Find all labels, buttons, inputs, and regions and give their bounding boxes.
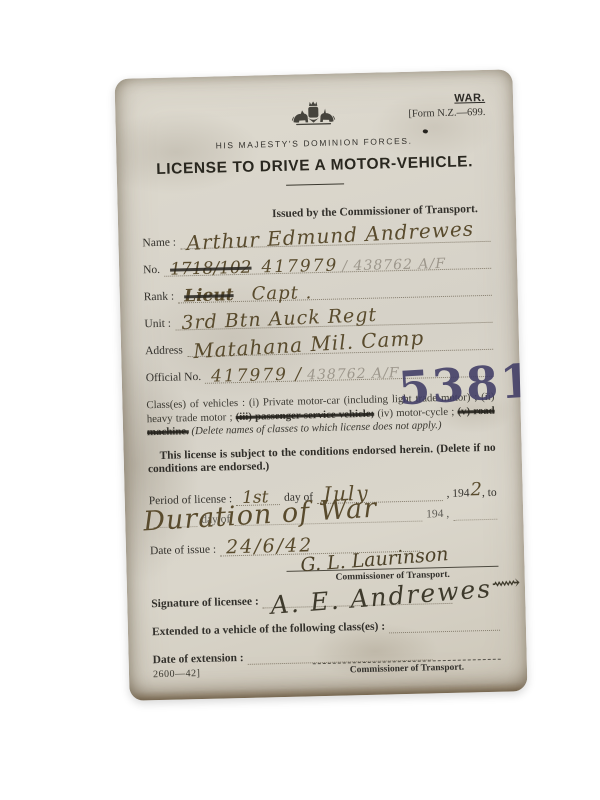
duration-year-text: 194 , xyxy=(426,508,449,521)
name-row: Name : Arthur Edmund Andrewes xyxy=(142,228,490,250)
address-row: Address Matahana Mil. Camp xyxy=(145,336,493,358)
extended-row: Extended to a vehicle of the following c… xyxy=(152,616,500,638)
official-number-pencil-annotation: 438762 A/F xyxy=(307,365,400,383)
name-handwriting: Arthur Edmund Andrewes xyxy=(185,216,474,255)
address-line: Matahana Mil. Camp xyxy=(187,336,494,357)
forces-line: HIS MAJESTY'S DOMINION FORCES. xyxy=(140,134,488,152)
unit-row: Unit : 3rd Btn Auck Regt xyxy=(144,309,492,331)
rank-label: Rank : xyxy=(144,291,175,304)
form-header-block: WAR. [Form N.Z.—699. xyxy=(408,92,486,121)
address-label: Address xyxy=(145,345,183,359)
number-handwriting: 417979 xyxy=(261,256,338,278)
rank-row: Rank : Lieut Capt . xyxy=(144,282,492,304)
signature-flourish: ⟿ xyxy=(491,569,523,595)
extended-label: Extended to a vehicle of the following c… xyxy=(152,620,385,638)
official-number-handwriting: 417979 / xyxy=(211,364,303,386)
extended-line xyxy=(389,616,500,633)
unit-label: Unit : xyxy=(144,318,171,331)
period-year-digit-handwriting: 2 xyxy=(470,479,482,500)
form-number: [Form N.Z.—699. xyxy=(408,106,485,121)
duration-dotted-line xyxy=(453,505,497,520)
unit-line: 3rd Btn Auck Regt xyxy=(175,309,493,331)
name-label: Name : xyxy=(142,237,176,250)
rank-handwriting: Capt . xyxy=(251,282,312,304)
number-label: No. xyxy=(143,264,160,277)
number-pencil-annotation: / 438762 A/F xyxy=(342,256,446,275)
number-line: 1718/102 417979 / 438762 A/F xyxy=(164,255,491,277)
royal-coat-of-arms-icon xyxy=(287,99,340,130)
number-struck-handwriting: 1718/102 xyxy=(170,258,252,280)
rank-struck-handwriting: Lieut xyxy=(184,285,234,306)
official-number-label: Official No. xyxy=(146,371,202,385)
print-code: 2600—42] xyxy=(153,668,201,680)
duration-line: day of 194 , Duration of War xyxy=(149,505,497,535)
licensee-signature-label: Signature of licensee : xyxy=(151,595,259,610)
licensee-signature-row: Signature of licensee : A. E. Andrewes⟿ xyxy=(151,588,499,610)
name-line: Arthur Edmund Andrewes xyxy=(180,228,491,250)
licensee-signature-line: A. E. Andrewes⟿ xyxy=(263,589,453,608)
period-year-prefix: , 194 xyxy=(446,487,469,500)
title-divider xyxy=(286,183,344,185)
conditions-note: This license is subject to the condition… xyxy=(148,441,497,476)
document-title: LICENSE TO DRIVE A MOTOR-VEHICLE. xyxy=(140,153,488,179)
stamped-serial-number: 5381 xyxy=(397,353,528,415)
date-of-issue-label: Date of issue : xyxy=(150,543,216,557)
license-card: WAR. [Form N.Z.—699. HIS MAJESTY'S DOMIN… xyxy=(114,69,527,701)
number-row: No. 1718/102 417979 / 438762 A/F xyxy=(143,255,491,277)
rank-line: Lieut Capt . xyxy=(178,282,492,304)
period-to-text: , to xyxy=(482,487,497,500)
